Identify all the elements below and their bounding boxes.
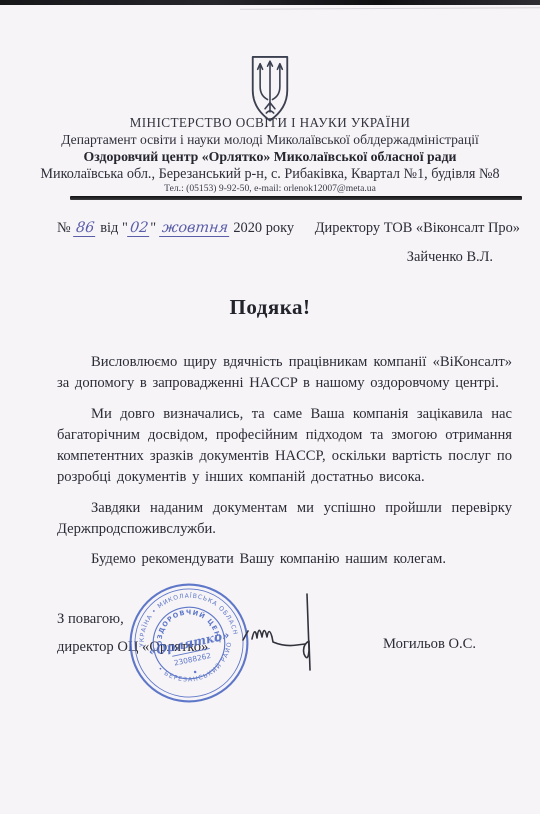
organization-name: Оздоровчий центр «Орлятко» Миколаївської… [0, 149, 540, 165]
handwritten-signature [238, 586, 338, 676]
paragraph: Ми довго визначались, та саме Ваша компа… [57, 404, 512, 489]
from-label: від [100, 220, 118, 236]
header-divider [70, 196, 522, 200]
reference-number-line: № 86 від "02" жовтня 2020 року [57, 220, 294, 237]
letter-body: Висловлюємо щиру вдячність працівникам к… [57, 352, 512, 580]
organization-address: Миколаївська обл., Березанський р-н, с. … [0, 166, 540, 183]
paragraph: Завдяки наданим документам ми успішно пр… [57, 498, 512, 541]
number-sign: № [57, 220, 71, 236]
organization-contacts: Тел.: (05153) 9-92-50, e-mail: orlenok12… [0, 183, 540, 194]
scan-line-artifact [240, 7, 540, 10]
month-handwritten: жовтня [159, 220, 231, 237]
scanned-letter: МІНІСТЕРСТВО ОСВІТИ І НАУКИ УКРАЇНИ Депа… [0, 0, 540, 814]
year-text: 2020 року [233, 220, 294, 236]
reference-row: № 86 від "02" жовтня 2020 року Директору… [57, 220, 520, 237]
paragraph: Висловлюємо щиру вдячність працівникам к… [57, 352, 512, 395]
closing-salutation: З повагою, [57, 611, 124, 628]
addressee-name: Зайченко В.Л. [407, 249, 493, 266]
addressee-title: Директору ТОВ «Віконсалт Про» [315, 220, 520, 237]
paragraph: Будемо рекомендувати Вашу компанію нашим… [57, 549, 512, 570]
document-number-handwritten: 86 [73, 220, 97, 237]
scan-edge-artifact [0, 0, 540, 5]
stamp-center-number: 23088262 [173, 651, 212, 668]
department-name: Департамент освіти і науки молоді Микола… [0, 132, 540, 148]
signer-name: Могильов О.С. [383, 636, 476, 653]
document-title: Подяка! [0, 295, 540, 320]
day-handwritten: 02 [127, 220, 151, 237]
close-quote: " [150, 220, 156, 236]
ministry-name: МІНІСТЕРСТВО ОСВІТИ І НАУКИ УКРАЇНИ [0, 115, 540, 131]
